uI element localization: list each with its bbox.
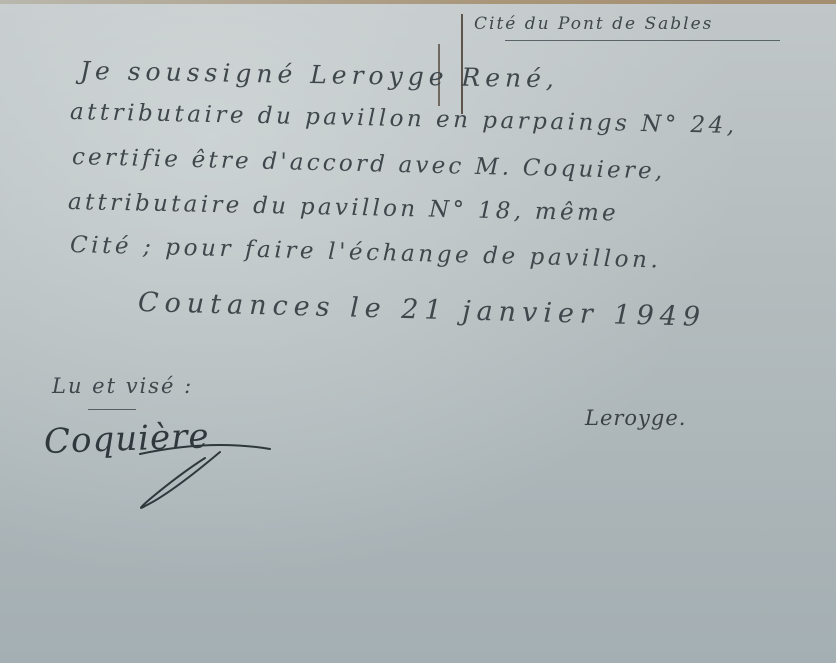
place-and-date: Coutances le 21 janvier 1949 <box>138 287 707 333</box>
body-line-5: Cité ; pour faire l'échange de pavillon. <box>70 232 662 273</box>
witness-label: Lu et visé : <box>52 374 193 398</box>
signature-flourish-icon <box>130 444 280 514</box>
witness-underline <box>88 409 136 410</box>
signature-author: Leroyge. <box>585 406 686 430</box>
body-line-1: Je soussigné Leroyge René, <box>80 56 559 93</box>
header-note: Cité du Pont de Sables <box>474 14 713 34</box>
handwritten-letter-page: Cité du Pont de Sables Je soussigné Lero… <box>0 4 836 663</box>
body-line-3: certifie être d'accord avec M. Coquiere, <box>72 144 666 184</box>
header-underline <box>505 40 780 41</box>
body-line-2: attributaire du pavillon en parpaings N°… <box>70 99 738 139</box>
body-line-4: attributaire du pavillon N° 18, même <box>68 189 620 227</box>
